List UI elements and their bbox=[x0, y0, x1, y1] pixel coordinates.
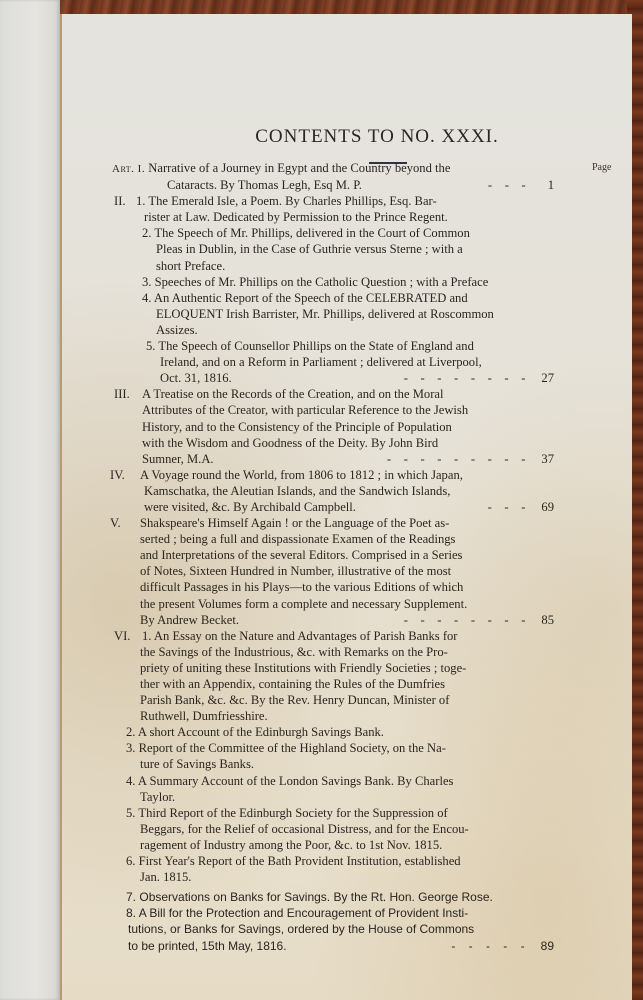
entry-text: Oct. 31, 1816. bbox=[160, 371, 232, 385]
item-number: 7. bbox=[126, 890, 136, 904]
entry-text: with the Wisdom and Goodness of the Deit… bbox=[142, 435, 554, 451]
item-number: 6. bbox=[126, 854, 135, 868]
page-number: 85 bbox=[541, 612, 554, 628]
entry-text: Parish Bank, &c. &c. By the Rev. Henry D… bbox=[140, 692, 554, 708]
entry-text: Narrative of a Journey in Egypt and the … bbox=[148, 161, 450, 175]
item-number: 1. bbox=[136, 194, 145, 208]
toc-entry-art-4: IV. A Voyage round the World, from 1806 … bbox=[112, 467, 554, 515]
entry-text: Shakspeare's Himself Again ! or the Lang… bbox=[140, 515, 554, 531]
entry-text: Kamschatka, the Aleutian Islands, and th… bbox=[140, 483, 554, 499]
entry-text: Ruthwell, Dumfriesshire. bbox=[140, 708, 554, 724]
entry-text: ture of Savings Banks. bbox=[140, 756, 554, 772]
item-number: 4. bbox=[142, 291, 151, 305]
article-number: IV. bbox=[110, 467, 125, 483]
entry-text: Report of the Committee of the Highland … bbox=[139, 741, 446, 755]
entry-text: tutions, or Banks for Savings, ordered b… bbox=[128, 921, 554, 937]
entry-text: ELOQUENT Irish Barrister, Mr. Phillips, … bbox=[156, 307, 494, 321]
toc-entry-art-1: Art. I. Narrative of a Journey in Egypt … bbox=[112, 160, 554, 193]
entry-text: A Summary Account of the London Savings … bbox=[138, 774, 454, 788]
entry-text: The Speech of Mr. Phillips, delivered in… bbox=[154, 226, 470, 240]
article-number: III. bbox=[114, 386, 130, 402]
entry-text: difficult Passages in his Plays—to the v… bbox=[140, 579, 554, 595]
article-number: V. bbox=[110, 515, 121, 531]
entry-text: Beggars, for the Relief of occasional Di… bbox=[140, 821, 554, 837]
article-number: VI. bbox=[114, 628, 130, 644]
item-number: 2. bbox=[126, 725, 135, 739]
entry-text: A Bill for the Protection and Encouragem… bbox=[139, 906, 469, 920]
item-number: 8. bbox=[126, 906, 136, 920]
dot-leader: - - - bbox=[488, 177, 526, 193]
entry-text: priety of uniting these Institutions wit… bbox=[140, 660, 554, 676]
entry-text: An Authentic Report of the Speech of the… bbox=[154, 291, 468, 305]
entry-text: of Notes, Sixteen Hundred in Number, ill… bbox=[140, 563, 554, 579]
entry-text: Observations on Banks for Savings. By th… bbox=[139, 890, 493, 904]
entry-text: A short Account of the Edinburgh Savings… bbox=[138, 725, 384, 739]
table-of-contents: Art. I. Narrative of a Journey in Egypt … bbox=[112, 160, 554, 954]
dot-leader: - - - bbox=[488, 499, 526, 515]
item-number: 3. bbox=[142, 275, 151, 289]
page-column-label: Page bbox=[592, 162, 611, 173]
entry-text: Cataracts. By Thomas Legh, Esq M. P. bbox=[167, 178, 362, 192]
entry-text: The Speech of Counsellor Phillips on the… bbox=[158, 339, 474, 353]
entry-text: Sumner, M.A. bbox=[142, 452, 214, 466]
page-title: CONTENTS TO NO. XXXI. bbox=[62, 126, 643, 148]
entry-text: ther with an Appendix, containing the Ru… bbox=[140, 676, 554, 692]
item-number: 3. bbox=[126, 741, 135, 755]
entry-text: the present Volumes form a complete and … bbox=[140, 596, 554, 612]
entry-text: serted ; being a full and dispassionate … bbox=[140, 531, 554, 547]
article-number: Art. I. bbox=[112, 163, 145, 175]
item-number: 5. bbox=[146, 339, 155, 353]
page-number: 69 bbox=[541, 499, 554, 515]
entry-text: A Treatise on the Records of the Creatio… bbox=[142, 386, 554, 402]
entry-text: History, and to the Consistency of the P… bbox=[142, 419, 554, 435]
dot-leader: - - - - - - - - bbox=[404, 370, 526, 386]
dot-leader: - - - - - - - - - bbox=[387, 451, 526, 467]
dot-leader: - - - - - bbox=[451, 938, 524, 954]
item-number: 1. bbox=[142, 629, 151, 643]
entry-text: were visited, &c. By Archibald Campbell. bbox=[144, 500, 356, 514]
toc-entry-art-6: VI. 1. An Essay on the Nature and Advant… bbox=[112, 628, 554, 954]
entry-text: ragement of Industry among the Poor, &c.… bbox=[140, 837, 554, 853]
article-number: II. bbox=[114, 193, 126, 209]
entry-text: Attributes of the Creator, with particul… bbox=[142, 402, 554, 418]
entry-text: and Interpretations of the several Edito… bbox=[140, 547, 554, 563]
item-number: 2. bbox=[142, 226, 151, 240]
entry-text: A Voyage round the World, from 1806 to 1… bbox=[140, 467, 554, 483]
page-number: 1 bbox=[548, 177, 554, 193]
entry-text: The Emerald Isle, a Poem. By Charles Phi… bbox=[148, 194, 436, 208]
toc-entry-art-2: II. 1. The Emerald Isle, a Poem. By Char… bbox=[112, 193, 554, 386]
page-number: 27 bbox=[541, 370, 554, 386]
entry-text: to be printed, 15th May, 1816. bbox=[128, 939, 287, 953]
page-number: 89 bbox=[541, 938, 554, 954]
item-number: 4. bbox=[126, 774, 135, 788]
entry-text: By Andrew Becket. bbox=[140, 613, 239, 627]
toc-entry-art-5: V. Shakspeare's Himself Again ! or the L… bbox=[112, 515, 554, 628]
entry-text: the Savings of the Industrious, &c. with… bbox=[140, 644, 554, 660]
page-number: 37 bbox=[541, 451, 554, 467]
entry-text: An Essay on the Nature and Advantages of… bbox=[154, 629, 458, 643]
entry-text: First Year's Report of the Bath Providen… bbox=[139, 854, 461, 868]
entry-text: Jan. 1815. bbox=[140, 869, 554, 885]
toc-entry-art-3: III. A Treatise on the Records of the Cr… bbox=[112, 386, 554, 466]
entry-text: rister at Law. Dedicated by Permission t… bbox=[144, 210, 448, 224]
facing-page-edge bbox=[0, 0, 60, 1000]
entry-text: Taylor. bbox=[140, 789, 554, 805]
entry-text: Assizes. bbox=[156, 323, 198, 337]
entry-text: Speeches of Mr. Phillips on the Catholic… bbox=[155, 275, 489, 289]
item-number: 5. bbox=[126, 806, 135, 820]
entry-text: Pleas in Dublin, in the Case of Guthrie … bbox=[156, 242, 463, 256]
entry-text: Ireland, and on a Reform in Parliament ;… bbox=[160, 355, 482, 369]
dot-leader: - - - - - - - - bbox=[404, 612, 526, 628]
entry-text: short Preface. bbox=[156, 259, 225, 273]
entry-text: Third Report of the Edinburgh Society fo… bbox=[138, 806, 447, 820]
